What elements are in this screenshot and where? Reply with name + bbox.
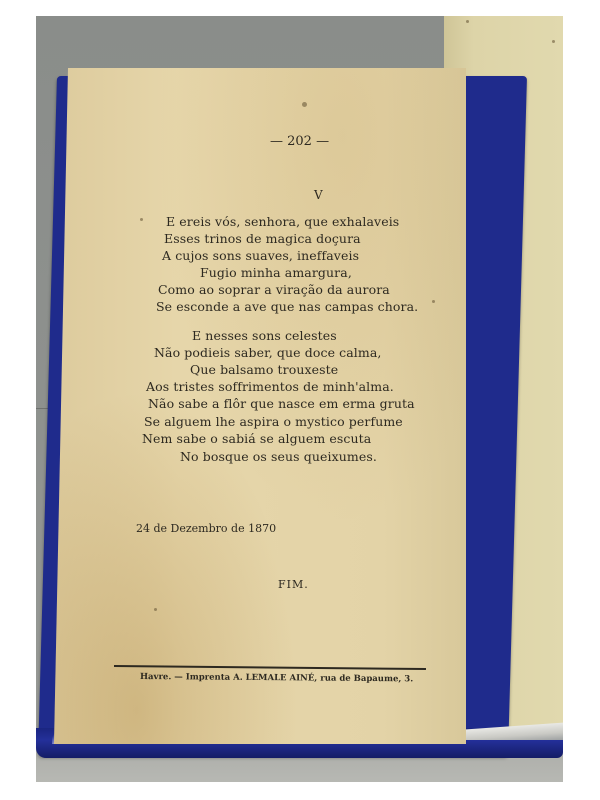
verse-line: No bosque os seus queixumes. [180, 451, 377, 464]
verse-line: Não podieis saber, que doce calma, [154, 347, 381, 360]
foxing-spot [552, 40, 555, 43]
end-mark: FIM. [278, 578, 309, 591]
page-number: — 202 — [54, 134, 466, 149]
foxing-spot [432, 300, 435, 303]
poem-date: 24 de Dezembro de 1870 [136, 522, 276, 535]
page-edges [460, 722, 563, 740]
verse-line: Fugio minha amargura, [200, 267, 352, 280]
verse-line: Se esconde a ave que nas campas chora. [156, 301, 418, 314]
verse-line: Não sabe a flôr que nasce em erma gruta [148, 398, 415, 411]
verse-line: Aos tristes soffrimentos de minh'alma. [146, 381, 394, 394]
verse-line: E ereis vós, senhora, que exhalaveis [166, 216, 399, 229]
section-numeral: V [314, 188, 323, 202]
verse-line: Que balsamo trouxeste [190, 364, 338, 377]
foxing-spot [140, 218, 143, 221]
verse-line: E nesses sons celestes [192, 330, 337, 343]
footer-rule [114, 665, 426, 670]
book-page: — 202 — V E ereis vós, senhora, que exha… [54, 68, 466, 744]
foxing-spot [466, 20, 469, 23]
verse-line: Se alguem lhe aspira o mystico perfume [144, 416, 403, 429]
book-photo: — 202 — V E ereis vós, senhora, que exha… [36, 16, 563, 782]
verse-line: Nem sabe o sabiá se alguem escuta [142, 433, 371, 446]
verse-line: Como ao soprar a viração da aurora [158, 284, 390, 297]
foxing-spot [302, 102, 307, 107]
verse-line: A cujos sons suaves, ineffaveis [162, 250, 359, 263]
printer-imprint: Havre. — Imprenta A. LEMALE AINÉ, rua de… [140, 672, 413, 684]
foxing-spot [154, 608, 157, 611]
verse-line: Esses trinos de magica doçura [164, 233, 361, 246]
